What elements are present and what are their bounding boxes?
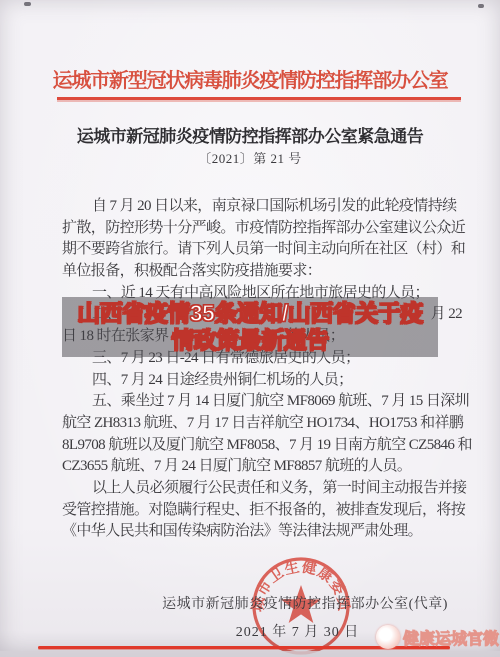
signature-date: 2021 年 7 月 30 日 — [215, 621, 380, 641]
body-line: 《中华人民共和国传染病防治法》等法律法规严肃处理。 — [62, 521, 462, 543]
body-line: 扩散，防控形势十分严峻。市疫情防控指挥部办公室建议公众近 — [62, 218, 462, 240]
body-line: 以上人员必须履行公民责任和义务，第一时间主动报告并接 — [62, 478, 462, 500]
document-body: 自 7 月 20 日以来，南京禄口国际机场引发的此轮疫情持续 扩散，防控形势十分… — [62, 196, 462, 543]
scan-artifact-speck — [24, 2, 31, 6]
watermark-logo-icon — [376, 625, 400, 649]
body-line: 单位报备，积极配合落实防疫措施要求： — [62, 261, 462, 283]
photo-bottom-edge — [0, 651, 500, 657]
scan-artifact-speck — [478, 4, 484, 8]
signature-line: 运城市新冠肺炎疫情防控指挥部办公室(代章) — [150, 593, 460, 613]
body-line: 自 7 月 20 日以来，南京禄口国际机场引发的此轮疫情持续 — [62, 196, 462, 218]
watermark-label: 健康运城官微 — [403, 626, 499, 649]
body-line: 四、7 月 24 日途经贵州铜仁机场的人员； — [62, 370, 462, 392]
caption-overlay-band: 山西省疫情35条通知/山西省关于疫 情政策最新通告 — [62, 297, 438, 357]
watermark: 健康运城官微 — [376, 623, 499, 651]
org-title: 运城市新型冠状病毒肺炎疫情防控指挥部办公室 — [0, 64, 500, 93]
caption-line-1: 山西省疫情35条通知/山西省关于疫 — [77, 300, 422, 327]
body-line: 五、乘坐过 7 月 14 日厦门航空 MF8069 航班、7 月 15 日深圳 — [62, 391, 462, 413]
document-photo: 运城市新型冠状病毒肺炎疫情防控指挥部办公室 运城市新冠肺炎疫情防控指挥部办公室紧… — [0, 0, 500, 657]
body-line: CZ3655 航班、7 月 24 日厦门航空 MF8857 航班的人员。 — [62, 456, 462, 478]
body-line: 受管控措施。对隐瞒行程史、拒不报备的，被排查发现后，将按 — [62, 500, 462, 522]
body-line: 8L9708 航班以及厦门航空 MF8058、7 月 19 日南方航空 CZ58… — [62, 435, 462, 457]
doc-title: 运城市新冠肺炎疫情防控指挥部办公室紧急通告 — [0, 122, 500, 147]
body-line: 航空 ZH8313 航班、7 月 17 日吉祥航空 HO1734、HO1753 … — [62, 413, 462, 435]
caption-line-2: 情政策最新通告 — [171, 327, 329, 354]
doc-number: 〔2021〕第 21 号 — [0, 148, 500, 167]
body-line: 期不要跨省旅行。请下列人员第一时间主动向所在社区（村）和 — [62, 239, 462, 261]
org-title-underline — [57, 97, 461, 100]
